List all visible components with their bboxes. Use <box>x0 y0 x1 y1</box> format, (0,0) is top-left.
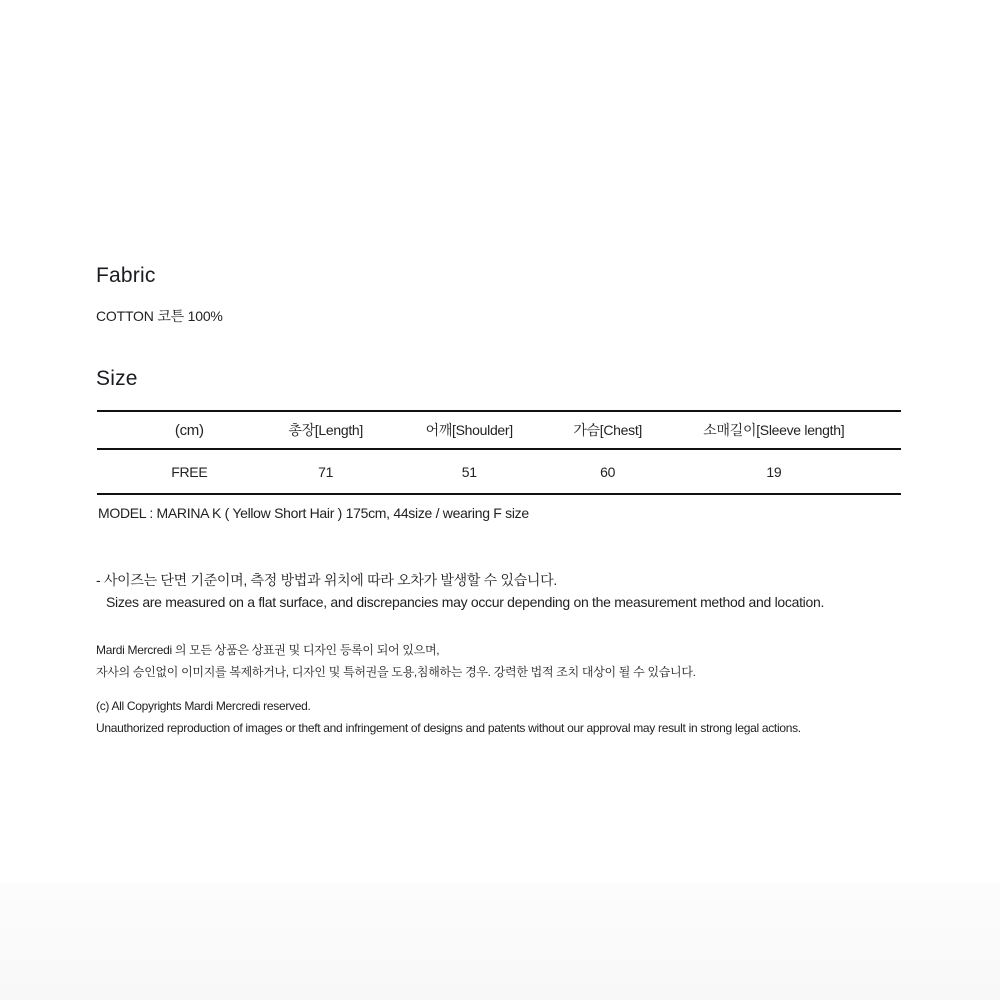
header-length: 총장[Length] <box>282 411 370 449</box>
model-info: MODEL : MARINA K ( Yellow Short Hair ) 1… <box>98 505 529 521</box>
legal-english-line: Unauthorized reproduction of images or t… <box>96 717 801 739</box>
size-table-header-row: (cm) 총장[Length] 어깨[Shoulder] 가슴[Chest] 소… <box>97 411 901 449</box>
fabric-composition: COTTON 코튼 100% <box>96 306 223 326</box>
measurement-notice-korean: - 사이즈는 단면 기준이며, 측정 방법과 위치에 따라 오차가 발생할 수 … <box>96 569 824 591</box>
cell-shoulder: 51 <box>370 449 569 494</box>
legal-notice-korean: Mardi Mercredi 의 모든 상품은 상표권 및 디자인 등록이 되어… <box>96 639 696 683</box>
measurement-notice-english: Sizes are measured on a flat surface, an… <box>96 591 824 613</box>
legal-korean-line-2: 자사의 승인없이 이미지를 복제하거나, 디자인 및 특허권을 도용,침해하는 … <box>96 661 696 683</box>
legal-notice-english: (c) All Copyrights Mardi Mercredi reserv… <box>96 695 801 739</box>
fabric-heading: Fabric <box>96 264 156 288</box>
header-chest: 가슴[Chest] <box>569 411 647 449</box>
cell-chest: 60 <box>569 449 647 494</box>
size-heading: Size <box>96 367 138 391</box>
header-unit: (cm) <box>97 411 282 449</box>
cell-size-label: FREE <box>97 449 282 494</box>
cell-length: 71 <box>282 449 370 494</box>
table-row: FREE 71 51 60 19 <box>97 449 901 494</box>
header-shoulder: 어깨[Shoulder] <box>370 411 569 449</box>
copyright-line: (c) All Copyrights Mardi Mercredi reserv… <box>96 695 801 717</box>
header-sleeve-length: 소매길이[Sleeve length] <box>647 411 901 449</box>
measurement-notice: - 사이즈는 단면 기준이며, 측정 방법과 위치에 따라 오차가 발생할 수 … <box>96 569 824 613</box>
background-band <box>0 882 1000 1000</box>
legal-korean-line-1: Mardi Mercredi 의 모든 상품은 상표권 및 디자인 등록이 되어… <box>96 639 696 661</box>
cell-sleeve-length: 19 <box>647 449 901 494</box>
size-table: (cm) 총장[Length] 어깨[Shoulder] 가슴[Chest] 소… <box>97 410 901 495</box>
